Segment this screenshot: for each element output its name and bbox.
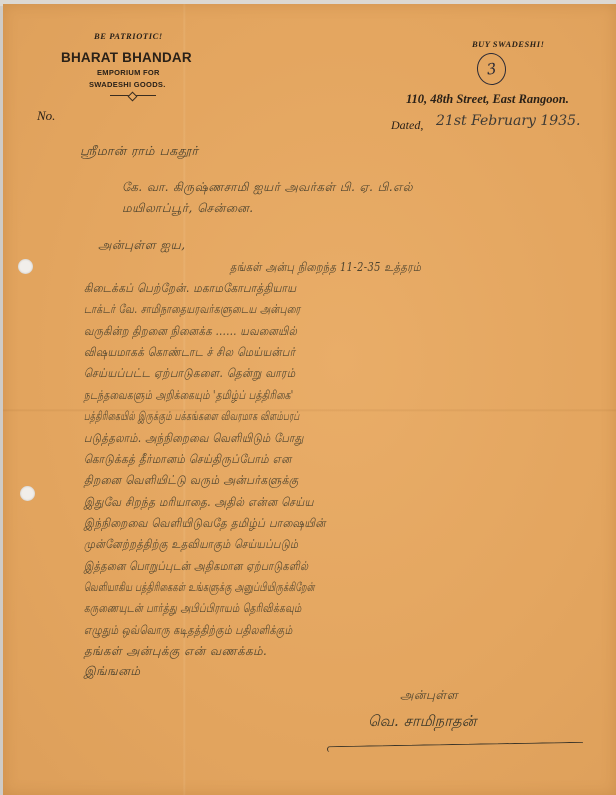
body-line: திறனை வெளியிட்டு வரும் அன்பர்களுக்கு: [84, 473, 299, 489]
body-line: டாக்டர் வே. சாமிநாதையரவர்களுடைய அன்புரை: [84, 302, 301, 318]
body-line: இத்தனை பொறுப்புடன் அதிகமான ஏற்பாடுகளில்: [84, 559, 308, 575]
body-line: விஷயமாகக் கொண்டாட ச் சில மெய்யன்பர்: [84, 345, 295, 361]
body-line: இங்ஙனம்: [84, 664, 141, 680]
letter-date: 21st February 1935.: [436, 113, 580, 129]
company-name: BHARAT BHANDAR: [61, 50, 192, 65]
body-line: கிடைக்கப் பெற்றேன். மகாமகோபாத்தியாய: [84, 281, 297, 297]
dated-label: Dated,: [391, 118, 423, 133]
closing: அன்புள்ள: [400, 688, 458, 704]
body-line: தங்கள் அன்பு நிறைந்த 11-2-35 உத்தரம்: [230, 260, 421, 276]
body-line: இதுவே சிறந்த மரியாதை. அதில் என்ன செய்ய: [84, 495, 314, 511]
reference-number-label: No.: [37, 108, 55, 124]
recipient-line2: கே. வா. கிருஷ்ணசாமி ஐயர் அவர்கள் பி. ஏ. …: [122, 180, 413, 196]
slogan-be-patriotic: BE PATRIOTIC!: [94, 31, 163, 41]
body-line: படுத்தலாம். அந்நிறைவை வெளியிடும் போது: [84, 431, 304, 447]
body-line: இந்நிறைவை வெளியிடுவதே தமிழ்ப் பாஷையின்: [84, 516, 326, 532]
body-line: வெளியாகிய பத்திரிகைகள் உங்களுக்கு அனுப்ப…: [84, 580, 315, 596]
body-line: எழுதும் ஒவ்வொரு கடிதத்திற்கும் பதிலளிக்க…: [84, 623, 293, 639]
recipient-line1: ஸ்ரீமான் ராம் பகதூர்: [80, 143, 198, 160]
body-line: நடந்தவைகளும் அறிக்கையும் 'தமிழ்ப் பத்திர…: [84, 388, 294, 404]
punch-hole-bottom: [20, 486, 35, 501]
body-line: வருகின்ற திறனை நினைக்க ...... யவனையில்: [84, 324, 297, 340]
recipient-line3: மயிலாப்பூர், சென்னை.: [122, 201, 254, 217]
signature: வெ. சாமிநாதன்: [368, 712, 476, 732]
salutation: அன்புள்ள ஐய,: [98, 238, 186, 254]
body-line: செய்யப்பட்ட ஏற்பாடுகளை. தென்று வாரம்: [84, 366, 296, 382]
company-address: 110, 48th Street, East Rangoon.: [406, 92, 569, 107]
body-line: கருணையுடன் பார்த்து அபிப்பிராயம் தெரிவிக…: [84, 601, 302, 617]
punch-hole-top: [18, 259, 33, 274]
ornament-divider-icon: [110, 95, 156, 96]
company-tagline-line1: EMPORIUM FOR: [97, 68, 160, 77]
slogan-buy-swadeshi: BUY SWADESHI!: [472, 39, 544, 49]
body-line: கொடுக்கத் தீர்மானம் செய்திருப்போம் என: [84, 452, 292, 468]
body-line: முன்னேற்றத்திற்கு உதவியாகும் செய்யப்படும…: [84, 537, 298, 553]
body-line: தங்கள் அன்புக்கு என் வணக்கம்.: [84, 644, 267, 660]
company-tagline-line2: SWADESHI GOODS.: [89, 80, 166, 89]
body-line: பத்திரிகையில் இருக்கும் பக்கங்களை விவரமா…: [84, 409, 300, 425]
